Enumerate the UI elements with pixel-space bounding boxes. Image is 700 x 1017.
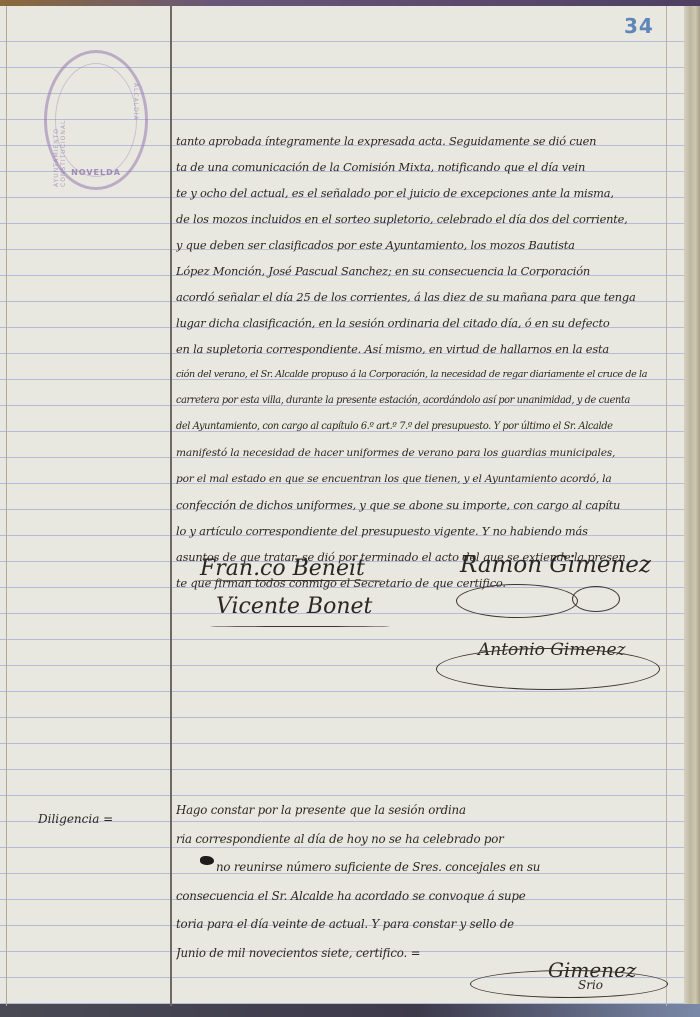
body-line: del Ayuntamiento, con cargo al capítulo …: [176, 414, 664, 440]
minutes-body: tanto aprobada íntegramente la expresada…: [176, 128, 664, 596]
signature-rubric-loop: [436, 648, 660, 690]
body-line: lugar dicha clasificación, en la sesión …: [176, 310, 664, 336]
ink-blot: [200, 856, 214, 865]
municipal-seal-stamp: AYUNTAMIENTO CONSTITUCIONAL ALCALDIA NOV…: [44, 50, 148, 190]
body-line: ción del verano, el Sr. Alcalde propuso …: [176, 362, 664, 388]
signature-rubric-loop: [470, 970, 668, 998]
diligencia-body: Hago constar por la presente que la sesi…: [176, 796, 668, 967]
body-line: confección de dichos uniformes, y que se…: [176, 492, 664, 518]
diligencia-line: toria para el día veinte de actual. Y pa…: [176, 910, 668, 939]
signature-ramon-gimenez: Ramon Gimenez: [460, 552, 651, 578]
body-line: manifestó la necesidad de hacer uniforme…: [176, 440, 664, 466]
binding-rule: [6, 6, 7, 1006]
signature-vicente-bonet: Vicente Bonet: [216, 594, 372, 619]
signature-text: Fran.co Beneit: [200, 556, 365, 581]
stamp-inner-ring: [55, 63, 137, 177]
body-line: por el mal estado en que se encuentran l…: [176, 466, 664, 492]
folio-number: 34: [624, 14, 654, 38]
body-line: de los mozos incluidos en el sorteo supl…: [176, 206, 664, 232]
signature-rubric-loop: [456, 584, 578, 618]
signature-text: Vicente Bonet: [216, 594, 372, 619]
body-line: carretera por esta villa, durante la pre…: [176, 388, 664, 414]
signature-rubric-loop: [572, 586, 620, 612]
stamp-bottom-text: NOVELDA: [47, 168, 145, 177]
diligencia-line: ria correspondiente al día de hoy no se …: [176, 825, 668, 854]
page-stack-edge: [684, 6, 700, 1006]
body-line: López Monción, José Pascual Sanchez; en …: [176, 258, 664, 284]
body-line: tanto aprobada íntegramente la expresada…: [176, 128, 664, 154]
left-margin-rule: [170, 6, 172, 1006]
body-line: y que deben ser clasificados por este Ay…: [176, 232, 664, 258]
diligencia-margin-label: Diligencia =: [38, 812, 113, 826]
signature-text: Ramon Gimenez: [460, 552, 651, 578]
signature-underline: [210, 626, 390, 627]
signature-francisco-beneit: Fran.co Beneit: [200, 556, 365, 581]
signature-underline: [194, 580, 384, 581]
diligencia-line: no reunirse número suficiente de Sres. c…: [176, 853, 668, 882]
body-line: en la supletoria correspondiente. Así mi…: [176, 336, 664, 362]
body-line: te y ocho del actual, es el señalado por…: [176, 180, 664, 206]
body-line: ta de una comunicación de la Comisión Mi…: [176, 154, 664, 180]
diligencia-line: Hago constar por la presente que la sesi…: [176, 796, 668, 825]
stamp-right-text: ALCALDIA: [132, 83, 139, 121]
body-line: acordó señalar el día 25 de los corrient…: [176, 284, 664, 310]
scanner-background-bottom: [0, 1004, 700, 1017]
diligencia-line: consecuencia el Sr. Alcalde ha acordado …: [176, 882, 668, 911]
body-line: lo y artículo correspondiente del presup…: [176, 518, 664, 544]
